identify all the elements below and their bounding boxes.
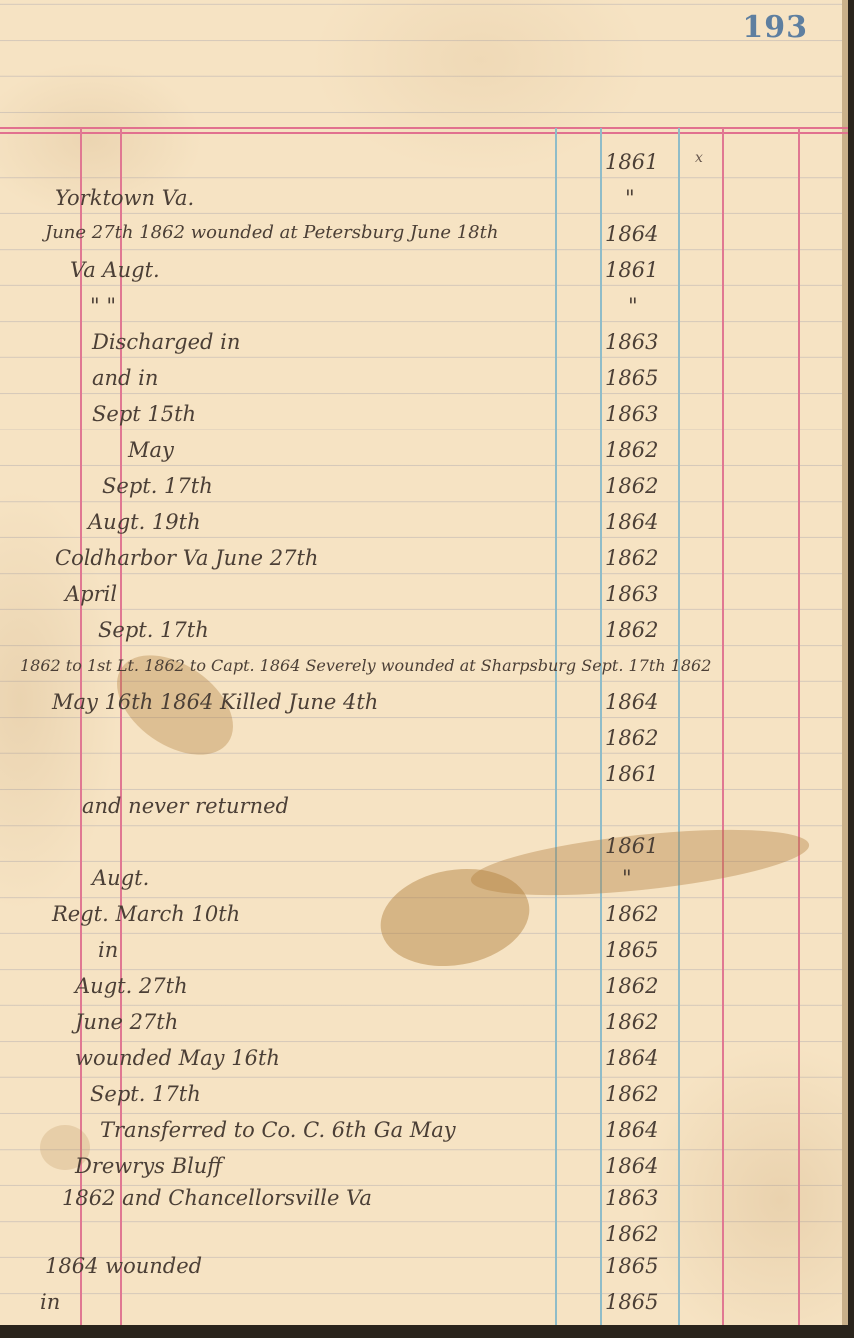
ledger-row: Augt. 27th 1862 [0,974,848,1010]
ledger-row: Sept 15th 1863 [0,402,848,438]
ledger-row: in 1865 [0,938,848,974]
ledger-row: wounded May 16th 1864 [0,1046,848,1082]
ledger-row: and in 1865 [0,366,848,402]
ledger-row: 1861 [0,762,848,798]
ledger-row: April 1863 [0,582,848,618]
ledger-row: Discharged in 1863 [0,330,848,366]
ledger-row: May 16th 1864 Killed June 4th 1864 [0,690,848,726]
ledger-row: Coldharbor Va June 27th 1862 [0,546,848,582]
ledger-row: in 1865 [0,1290,848,1325]
ledger-row: Drewrys Bluff 1864 [0,1154,848,1190]
ledger-row: Va Augt. 1861 [0,258,848,294]
ledger-row: June 27th 1862 wounded at Petersburg Jun… [0,222,848,258]
ledger-row: June 27th 1862 [0,1010,848,1046]
ledger-row: Sept. 17th 1862 [0,618,848,654]
ledger-row: Sept. 17th 1862 [0,1082,848,1118]
ledger-row: 1862 [0,726,848,762]
page-number: 193 [742,10,808,45]
ledger-page: 193 1861 x Yorktown Va. " June 27th 1862… [0,0,848,1325]
ledger-row: and never returned [0,794,848,830]
ledger-row: 1862 [0,1222,848,1258]
ledger-row: Augt. 19th 1864 [0,510,848,546]
ledger-row: Transferred to Co. C. 6th Ga May 1864 [0,1118,848,1154]
ledger-row: May 1862 [0,438,848,474]
ledger-row: " " " [0,294,848,330]
ledger-row: Regt. March 10th 1862 [0,902,848,938]
ledger-row: Sept. 17th 1862 [0,474,848,510]
ledger-row: Yorktown Va. " [0,186,848,222]
ledger-row: 1861 [0,834,848,870]
ledger-row: 1862 and Chancellorsville Va 1863 [0,1186,848,1222]
ledger-row: 1864 wounded 1865 [0,1254,848,1290]
header-rule-bottom [0,132,848,134]
ledger-row: Augt. " [0,866,848,902]
header-rule-top [0,127,848,129]
check-mark: x [695,150,703,166]
ledger-row: 1862 to 1st Lt. 1862 to Capt. 1864 Sever… [0,656,848,692]
ledger-row: 1861 x [0,150,848,186]
